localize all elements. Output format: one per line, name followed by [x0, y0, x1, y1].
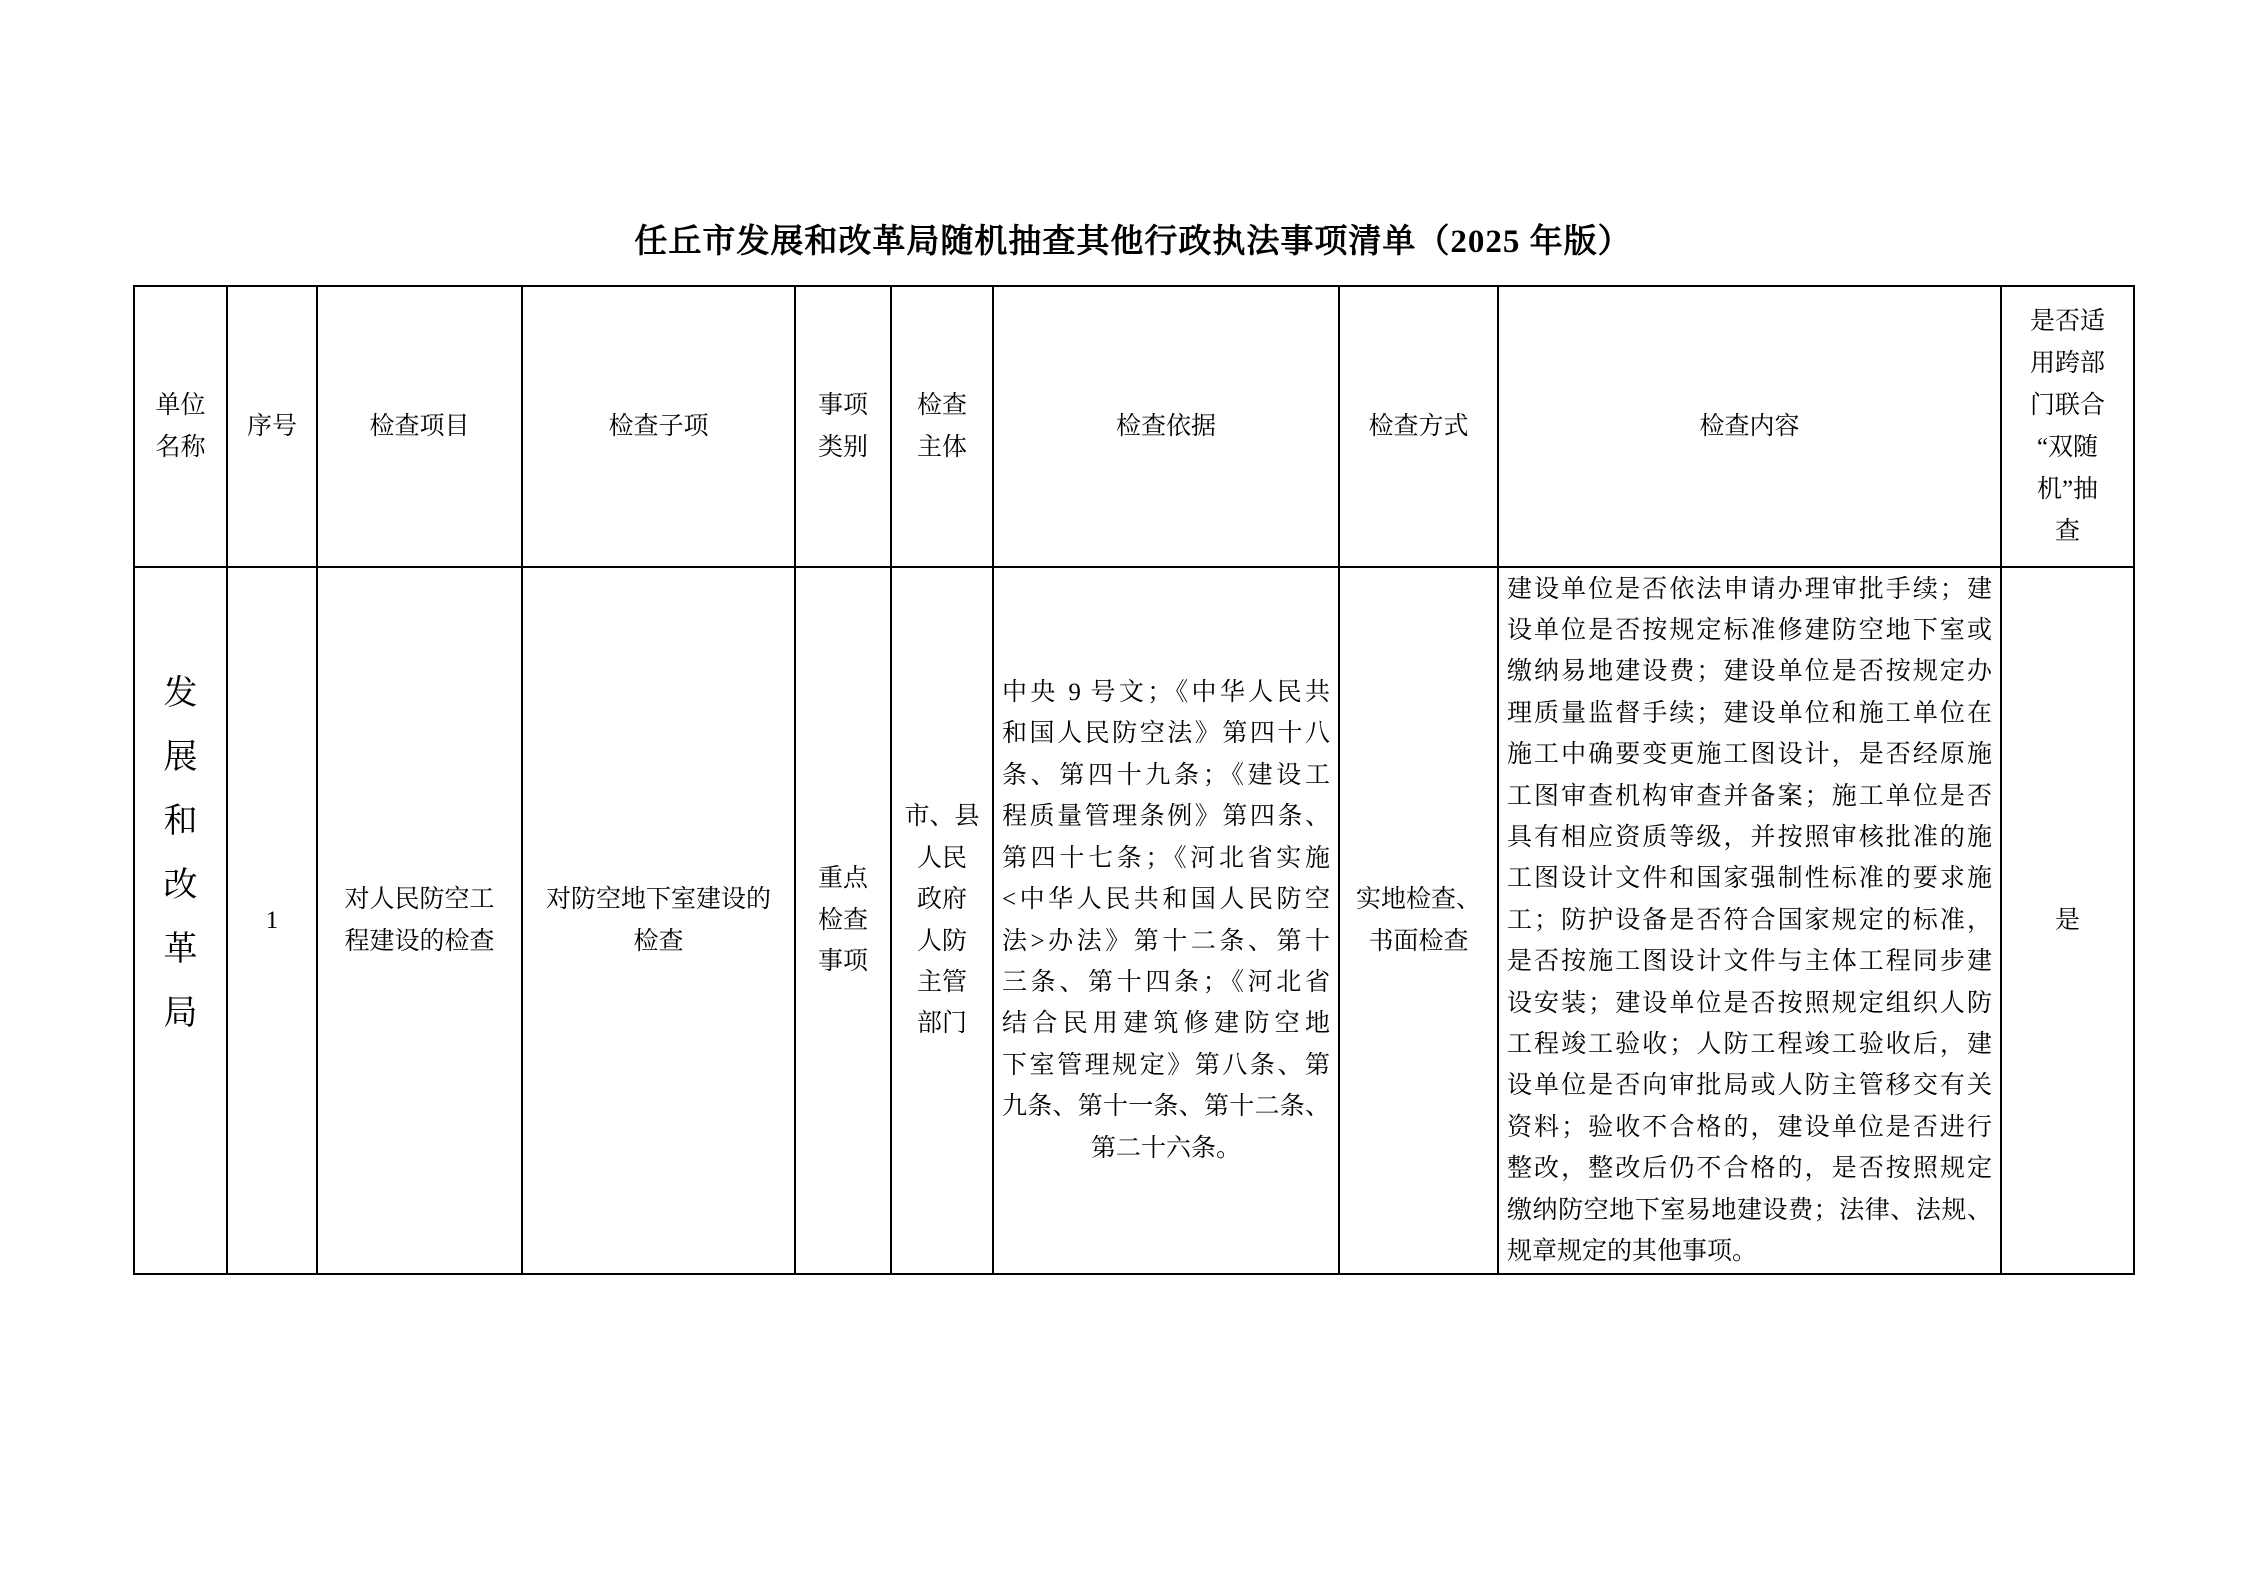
- text-line: 条、第四十九条；《建设工: [1002, 755, 1330, 796]
- text-line: 工图设计文件和国家强制性标准的要求施: [1507, 858, 1992, 899]
- text-line: 资料；验收不合格的，建设单位是否进行: [1507, 1107, 1992, 1148]
- header-subject: 检查 主体: [891, 286, 993, 567]
- text-line: 结合民用建筑修建防空地: [1002, 1003, 1330, 1044]
- header-unit-name: 单位 名称: [134, 286, 227, 567]
- cell-basis: 中央 9 号文；《中华人民共和国人民防空法》第四十八条、第四十九条；《建设工程质…: [993, 567, 1339, 1274]
- cell-method: 实地检查、 书面检查: [1339, 567, 1498, 1274]
- text-line: 九条、第十一条、第十二条、: [1002, 1086, 1330, 1127]
- header-method: 检查方式: [1339, 286, 1498, 567]
- text-line: 规章规定的其他事项。: [1507, 1231, 1992, 1272]
- header-item: 检查项目: [317, 286, 522, 567]
- cell-content: 建设单位是否依法申请办理审批手续；建设单位是否按规定标准修建防空地下室或缴纳易地…: [1498, 567, 2001, 1274]
- header-sub-item: 检查子项: [522, 286, 795, 567]
- text-line: 理质量监督手续；建设单位和施工单位在: [1507, 693, 1992, 734]
- text-line: 设安装；建设单位是否按照规定组织人防: [1507, 983, 1992, 1024]
- cell-subject: 市、县 人民 政府 人防 主管 部门: [891, 567, 993, 1274]
- cell-sub-item: 对防空地下室建设的 检查: [522, 567, 795, 1274]
- text-line: 具有相应资质等级，并按照审核批准的施: [1507, 817, 1992, 858]
- text-line: 缴纳防空地下室易地建设费；法律、法规、: [1507, 1190, 1992, 1231]
- text-line: <中华人民共和国人民防空: [1002, 879, 1330, 920]
- text-line: 工；防护设备是否符合国家规定的标准，: [1507, 900, 1992, 941]
- text-line: 是否按施工图设计文件与主体工程同步建: [1507, 941, 1992, 982]
- text-line: 中央 9 号文；《中华人民共: [1002, 672, 1330, 713]
- text-line: 第二十六条。: [1002, 1128, 1330, 1169]
- cell-item: 对人民防空工 程建设的检查: [317, 567, 522, 1274]
- header-basis: 检查依据: [993, 286, 1339, 567]
- text-line: 缴纳易地建设费；建设单位是否按规定办: [1507, 651, 1992, 692]
- text-line: 法>办法》第十二条、第十: [1002, 921, 1330, 962]
- text-line: 和国人民防空法》第四十八: [1002, 713, 1330, 754]
- cell-seq: 1: [227, 567, 317, 1274]
- text-line: 程质量管理条例》第四条、: [1002, 796, 1330, 837]
- text-line: 设单位是否按规定标准修建防空地下室或: [1507, 610, 1992, 651]
- text-line: 设单位是否向审批局或人防主管移交有关: [1507, 1065, 1992, 1106]
- document-page: 任丘市发展和改革局随机抽查其他行政执法事项清单（2025 年版） 单位 名称 序…: [0, 0, 2245, 1587]
- text-line: 工程竣工验收；人防工程竣工验收后，建: [1507, 1024, 1992, 1065]
- header-content: 检查内容: [1498, 286, 2001, 567]
- text-line: 整改，整改后仍不合格的，是否按照规定: [1507, 1148, 1992, 1189]
- text-line: 工图审查机构审查并备案；施工单位是否: [1507, 776, 1992, 817]
- page-title: 任丘市发展和改革局随机抽查其他行政执法事项清单（2025 年版）: [133, 219, 2133, 265]
- table-header-row: 单位 名称 序号 检查项目 检查子项 事项 类别 检查 主体 检查依据 检查方式…: [134, 286, 2134, 567]
- text-line: 三条、第十四条；《河北省: [1002, 962, 1330, 1003]
- header-category: 事项 类别: [795, 286, 891, 567]
- inspection-items-table: 单位 名称 序号 检查项目 检查子项 事项 类别 检查 主体 检查依据 检查方式…: [133, 285, 2135, 1275]
- text-line: 建设单位是否依法申请办理审批手续；建: [1507, 569, 1992, 610]
- cell-category: 重点 检查 事项: [795, 567, 891, 1274]
- text-line: 下室管理规定》第八条、第: [1002, 1045, 1330, 1086]
- header-seq: 序号: [227, 286, 317, 567]
- cell-unit-name: 发 展 和 改 革 局: [134, 567, 227, 1274]
- text-line: 第四十七条；《河北省实施: [1002, 838, 1330, 879]
- cell-cross-dept: 是: [2001, 567, 2134, 1274]
- text-line: 施工中确要变更施工图设计，是否经原施: [1507, 734, 1992, 775]
- header-cross-dept: 是否适 用跨部 门联合 “双随 机”抽 查: [2001, 286, 2134, 567]
- table-row: 发 展 和 改 革 局 1 对人民防空工 程建设的检查 对防空地下室建设的 检查…: [134, 567, 2134, 1274]
